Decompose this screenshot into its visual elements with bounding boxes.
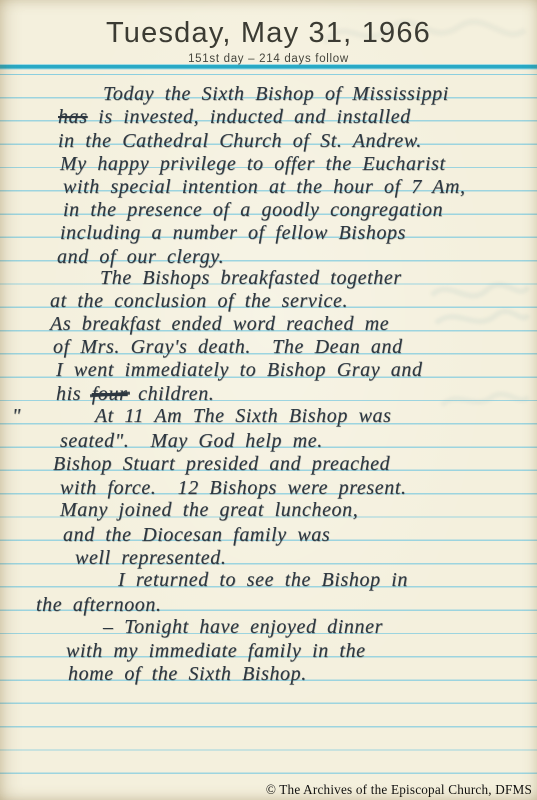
struck-out-word: four <box>92 383 128 405</box>
handwritten-text: in the Cathedral Church of St. Andrew. <box>58 130 422 152</box>
handwritten-text: of Mrs. Gray's death. The Dean and <box>53 336 403 358</box>
handwritten-text: " At 11 Am The Sixth Bishop was <box>12 405 392 427</box>
handwritten-text: his <box>56 383 92 405</box>
diary-page: Tuesday, May 31, 1966 151st day – 214 da… <box>0 0 537 800</box>
handwritten-line: Many joined the great luncheon, <box>60 500 358 520</box>
handwritten-text: and of our clergy. <box>57 246 224 268</box>
handwritten-line: well represented. <box>75 548 226 568</box>
handwritten-line: in the presence of a goodly congregation <box>63 200 443 220</box>
handwritten-text: in the presence of a goodly congregation <box>63 199 443 221</box>
handwritten-text: My happy privilege to offer the Eucharis… <box>60 153 446 175</box>
handwritten-line: with force. 12 Bishops were present. <box>60 478 407 498</box>
handwritten-text: As breakfast ended word reached me <box>50 313 389 335</box>
handwritten-line: My happy privilege to offer the Eucharis… <box>60 154 446 174</box>
handwritten-line: home of the Sixth Bishop. <box>68 664 307 684</box>
handwritten-text: I returned to see the Bishop in <box>118 569 408 591</box>
handwritten-line: The Bishops breakfasted together <box>100 268 402 288</box>
handwritten-text: at the conclusion of the service. <box>50 290 348 312</box>
handwritten-text: I went immediately to Bishop Gray and <box>56 359 423 381</box>
handwritten-line: his four children. <box>56 384 214 404</box>
handwritten-text: home of the Sixth Bishop. <box>68 663 307 685</box>
handwritten-line: Bishop Stuart presided and preached <box>53 454 390 474</box>
handwritten-line: with my immediate family in the <box>66 641 366 661</box>
handwritten-text: and the Diocesan family was <box>63 524 330 546</box>
handwritten-text: well represented. <box>75 547 226 569</box>
handwritten-line: the afternoon. <box>36 595 162 615</box>
handwritten-text: – Tonight have enjoyed dinner <box>103 616 383 638</box>
handwritten-text: Many joined the great luncheon, <box>60 499 358 521</box>
handwritten-line: at the conclusion of the service. <box>50 291 348 311</box>
handwritten-line: seated". May God help me. <box>60 431 323 451</box>
handwritten-line: including a number of fellow Bishops <box>60 223 406 243</box>
journal-entry: Today the Sixth Bishop of Mississippihas… <box>0 0 537 800</box>
handwritten-text: the afternoon. <box>36 594 162 616</box>
handwritten-line: " At 11 Am The Sixth Bishop was <box>12 406 392 426</box>
handwritten-line: As breakfast ended word reached me <box>50 314 389 334</box>
archive-credit: © The Archives of the Episcopal Church, … <box>266 782 532 798</box>
handwritten-line: I went immediately to Bishop Gray and <box>56 360 423 380</box>
handwritten-text: with my immediate family in the <box>66 640 366 662</box>
handwritten-line: has is invested, inducted and installed <box>58 107 411 127</box>
handwritten-line: I returned to see the Bishop in <box>118 570 408 590</box>
handwritten-line: – Tonight have enjoyed dinner <box>103 617 383 637</box>
handwritten-text: seated". May God help me. <box>60 430 323 452</box>
handwritten-line: and the Diocesan family was <box>63 525 330 545</box>
handwritten-line: with special intention at the hour of 7 … <box>63 177 466 197</box>
handwritten-line: in the Cathedral Church of St. Andrew. <box>58 131 422 151</box>
handwritten-text: Today the Sixth Bishop of Mississippi <box>103 83 449 105</box>
handwritten-text: including a number of fellow Bishops <box>60 222 406 244</box>
handwritten-line: of Mrs. Gray's death. The Dean and <box>53 337 403 357</box>
handwritten-text: The Bishops breakfasted together <box>100 267 402 289</box>
handwritten-text: with special intention at the hour of 7 … <box>63 176 466 198</box>
handwritten-text: with force. 12 Bishops were present. <box>60 477 407 499</box>
handwritten-line: and of our clergy. <box>57 247 224 267</box>
handwritten-text: Bishop Stuart presided and preached <box>53 453 390 475</box>
struck-out-word: has <box>58 106 88 128</box>
handwritten-text: children. <box>128 383 215 405</box>
handwritten-text: is invested, inducted and installed <box>88 106 411 128</box>
handwritten-line: Today the Sixth Bishop of Mississippi <box>103 84 449 104</box>
